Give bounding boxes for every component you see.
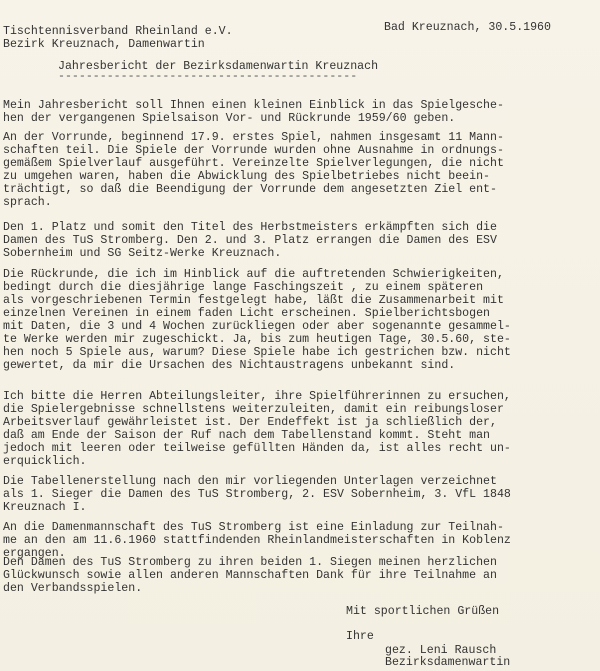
sender-line-1: Tischtennisverband Rheinland e.V. — [3, 25, 233, 38]
title-underline: ----------------------------------------… — [58, 70, 357, 83]
paragraph-invitation: An die Damenmannschaft des TuS Stromberg… — [3, 521, 511, 560]
closing-greeting: Mit sportlichen Grüßen — [346, 605, 499, 618]
document-page: Tischtennisverband Rheinland e.V. Bezirk… — [0, 0, 600, 671]
paragraph-table: Die Tabellenerstellung nach den mir vorl… — [3, 475, 511, 514]
paragraph-intro: Mein Jahresbericht soll Ihnen einen klei… — [3, 99, 504, 125]
paragraph-herbstmeister: Den 1. Platz und somit den Titel des Her… — [3, 221, 497, 260]
paragraph-congratulations: Den Damen des TuS Stromberg zu ihren bei… — [3, 556, 497, 595]
sender-block: Tischtennisverband Rheinland e.V. Bezirk… — [3, 25, 233, 51]
paragraph-rueckrunde: Die Rückrunde, die ich im Hinblick auf d… — [3, 268, 511, 372]
place-date: Bad Kreuznach, 30.5.1960 — [384, 21, 551, 34]
sender-line-2: Bezirk Kreuznach, Damenwartin — [3, 38, 205, 51]
paragraph-appeal: Ich bitte die Herren Abteilungsleiter, i… — [3, 390, 511, 468]
paragraph-vorrunde: An der Vorrunde, beginnend 17.9. erstes … — [3, 131, 504, 209]
closing-ihre: Ihre — [346, 630, 374, 643]
signature-block: gez. Leni Rausch Bezirksdamenwartin — [385, 645, 510, 669]
signature-role: Bezirksdamenwartin — [385, 656, 510, 669]
